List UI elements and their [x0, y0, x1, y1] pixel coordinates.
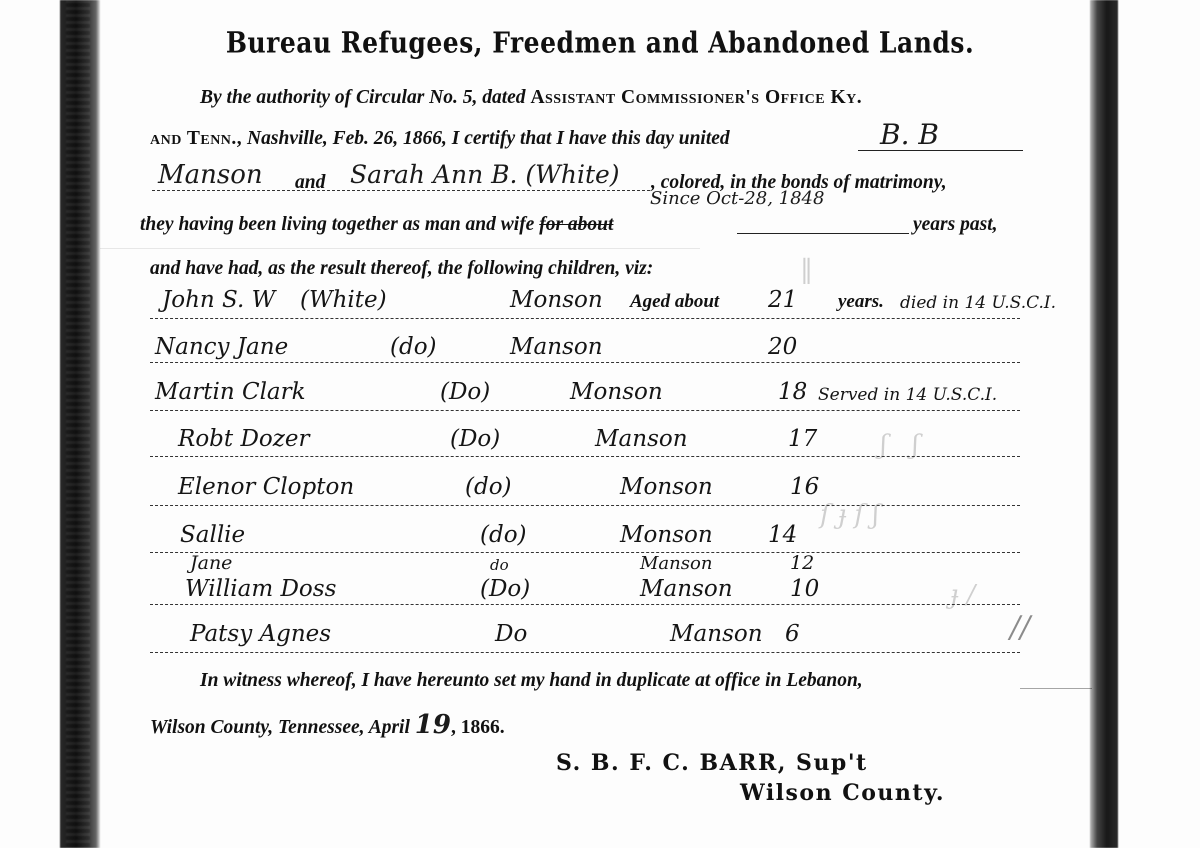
child-surname: Monson: [510, 287, 603, 313]
child-race-note: (do): [480, 522, 527, 548]
child-row: John S. W (White) Monson Aged about 21 y…: [150, 283, 1030, 319]
witness-day: 19: [415, 710, 451, 740]
child-surname: Manson: [640, 553, 712, 574]
child-age: 6: [785, 621, 800, 647]
paragraph-line-5: and have had, as the result thereof, the…: [150, 258, 653, 280]
child-age: 21: [768, 287, 797, 313]
blank-line: [152, 190, 650, 191]
groom-first-name: B. B: [880, 118, 939, 151]
child-surname: Manson: [640, 576, 733, 602]
paragraph-line-2: and Tenn., Nashville, Feb. 26, 1866, I c…: [150, 128, 730, 150]
child-remark: died in 14 U.S.C.I.: [900, 293, 1056, 313]
office-name: Assistant Commissioner's Office Ky.: [530, 87, 862, 108]
signatory-county: Wilson County.: [740, 780, 945, 806]
child-name: Patsy Agnes: [190, 621, 331, 647]
child-row: Robt Dozer (Do) Manson 17: [150, 422, 1030, 458]
child-name: Martin Clark: [155, 379, 306, 405]
child-row: Patsy Agnes Do Manson 6: [150, 617, 1030, 653]
child-age: 20: [768, 334, 797, 360]
child-age: 17: [788, 426, 817, 452]
row-line: [150, 318, 1020, 319]
child-race-note: (Do): [440, 379, 490, 405]
child-surname: Monson: [620, 474, 713, 500]
child-race-note: Do: [495, 621, 527, 647]
child-row: Nancy Jane (do) Manson 20: [150, 330, 1030, 366]
child-age: 14: [768, 522, 797, 548]
row-line: [150, 505, 1020, 506]
blank-line: [737, 233, 909, 234]
witness-line-2: Wilson County, Tennessee, April 19, 1866…: [150, 710, 505, 740]
years-label: years.: [838, 291, 884, 313]
document-title: Bureau Refugees, Freedmen and Abandoned …: [0, 26, 1200, 59]
child-surname: Manson: [670, 621, 763, 647]
child-name: John S. W: [162, 287, 275, 313]
child-race-note: (do): [390, 334, 437, 360]
row-line: [150, 652, 1020, 653]
paragraph-line-1: By the authority of Circular No. 5, date…: [200, 87, 862, 109]
paper-crease: [1020, 688, 1092, 689]
child-name: William Doss: [185, 576, 336, 602]
child-row: Elenor Clopton (do) Monson 16: [150, 470, 1030, 506]
aged-about-label: Aged about: [630, 291, 719, 313]
scanned-document: Bureau Refugees, Freedmen and Abandoned …: [0, 0, 1200, 848]
row-line: [150, 362, 1020, 363]
paragraph-text: Nashville, Feb. 26, 1866, I certify that…: [242, 128, 730, 149]
child-race-note: (Do): [480, 576, 530, 602]
left-fold-shadow: [60, 0, 100, 848]
groom-surname: Manson: [158, 160, 263, 190]
child-name: Sallie: [180, 522, 245, 548]
child-age: 12: [790, 552, 814, 574]
child-age: 18: [778, 379, 807, 405]
paragraph-text: they having been living together as man …: [140, 214, 534, 235]
child-surname: Manson: [510, 334, 603, 360]
child-remark: Served in 14 U.S.C.I.: [818, 385, 997, 405]
years-past: years past,: [913, 214, 998, 236]
office-name-end: and Tenn.,: [150, 128, 242, 149]
child-row: William Doss (Do) Manson 10: [150, 572, 1030, 608]
paragraph-text: By the authority of Circular No. 5, date…: [200, 87, 530, 108]
child-name: Nancy Jane: [155, 334, 288, 360]
paragraph-line-4: they having been living together as man …: [140, 214, 613, 236]
witness-year: , 1866.: [451, 717, 505, 738]
child-name: Robt Dozer: [178, 426, 309, 452]
child-age: 16: [790, 474, 819, 500]
paper-crease: [100, 248, 700, 249]
child-surname: Manson: [595, 426, 688, 452]
row-line: [150, 456, 1020, 457]
child-race-note: (Do): [450, 426, 500, 452]
witness-text: Wilson County, Tennessee, April: [150, 717, 410, 738]
child-row: Martin Clark (Do) Monson 18 Served in 14…: [150, 375, 1030, 411]
witness-line-1: In witness whereof, I have hereunto set …: [200, 670, 863, 692]
blank-line: [858, 150, 1023, 151]
since-date-note: Since Oct-28, 1848: [650, 188, 824, 209]
row-line: [150, 604, 1020, 605]
row-line: [150, 410, 1020, 411]
child-name: Jane: [190, 552, 232, 574]
child-surname: Monson: [570, 379, 663, 405]
child-race-note: (White): [300, 287, 387, 313]
bleed-through-mark: ‖: [800, 255, 813, 285]
right-fold-shadow: [1090, 0, 1118, 848]
signatory-name: S. B. F. C. BARR, Sup't: [556, 750, 868, 776]
child-race-note: (do): [465, 474, 512, 500]
child-surname: Monson: [620, 522, 713, 548]
struck-text: for about: [539, 214, 613, 235]
child-name: Elenor Clopton: [178, 474, 354, 500]
bride-name: Sarah Ann B. (White): [350, 160, 620, 189]
child-age: 10: [790, 576, 819, 602]
